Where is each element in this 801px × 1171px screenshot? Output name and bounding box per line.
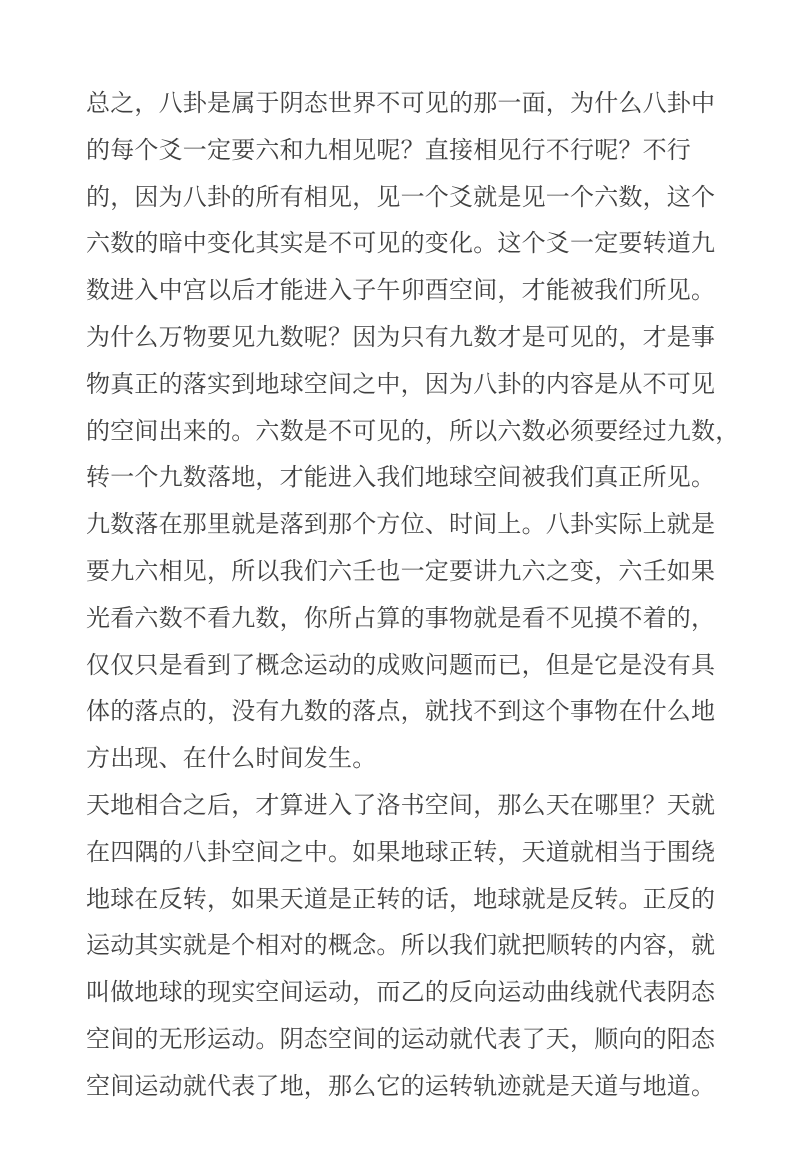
text-line: 总之，八卦是属于阴态世界不可见的那一面，为什么八卦中 [86, 80, 746, 127]
text-line: 六数的暗中变化其实是不可见的变化。这个爻一定要转道九 [86, 220, 746, 267]
text-line: 运动其实就是个相对的概念。所以我们就把顺转的内容，就 [86, 922, 746, 969]
text-line: 的空间出来的。六数是不可见的，所以六数必须要经过九数， [86, 408, 746, 455]
text-line: 光看六数不看九数，你所占算的事物就是看不见摸不着的， [86, 595, 746, 642]
text-line: 物真正的落实到地球空间之中，因为八卦的内容是从不可见 [86, 361, 746, 408]
text-line: 体的落点的，没有九数的落点，就找不到这个事物在什么地 [86, 688, 746, 735]
text-line: 转一个九数落地，才能进入我们地球空间被我们真正所见。 [86, 454, 746, 501]
text-line: 数进入中宫以后才能进入子午卯酉空间，才能被我们所见。 [86, 267, 746, 314]
text-line: 方出现、在什么时间发生。 [86, 735, 746, 782]
text-block: 总之，八卦是属于阴态世界不可见的那一面，为什么八卦中 的每个爻一定要六和九相见呢… [86, 80, 746, 1110]
text-line: 地球在反转，如果天道是正转的话，地球就是反转。正反的 [86, 876, 746, 923]
text-line: 在四隅的八卦空间之中。如果地球正转，天道就相当于围绕 [86, 829, 746, 876]
paragraph-1: 总之，八卦是属于阴态世界不可见的那一面，为什么八卦中 的每个爻一定要六和九相见呢… [86, 80, 746, 782]
paragraph-2: 天地相合之后，才算进入了洛书空间，那么天在哪里？天就 在四隅的八卦空间之中。如果… [86, 782, 746, 1110]
text-line: 天地相合之后，才算进入了洛书空间，那么天在哪里？天就 [86, 782, 746, 829]
text-line: 的每个爻一定要六和九相见呢？直接相见行不行呢？不行 [86, 127, 746, 174]
document-page: 总之，八卦是属于阴态世界不可见的那一面，为什么八卦中 的每个爻一定要六和九相见呢… [0, 0, 801, 1171]
text-line: 叫做地球的现实空间运动，而乙的反向运动曲线就代表阴态 [86, 969, 746, 1016]
text-line: 的，因为八卦的所有相见，见一个爻就是见一个六数，这个 [86, 174, 746, 221]
text-line: 为什么万物要见九数呢？因为只有九数才是可见的，才是事 [86, 314, 746, 361]
text-line: 要九六相见，所以我们六壬也一定要讲九六之变，六壬如果 [86, 548, 746, 595]
text-line: 空间的无形运动。阴态空间的运动就代表了天，顺向的阳态 [86, 1016, 746, 1063]
text-line: 仅仅只是看到了概念运动的成败问题而已，但是它是没有具 [86, 642, 746, 689]
text-line: 九数落在那里就是落到那个方位、时间上。八卦实际上就是 [86, 501, 746, 548]
text-line: 空间运动就代表了地，那么它的运转轨迹就是天道与地道。 [86, 1063, 746, 1110]
